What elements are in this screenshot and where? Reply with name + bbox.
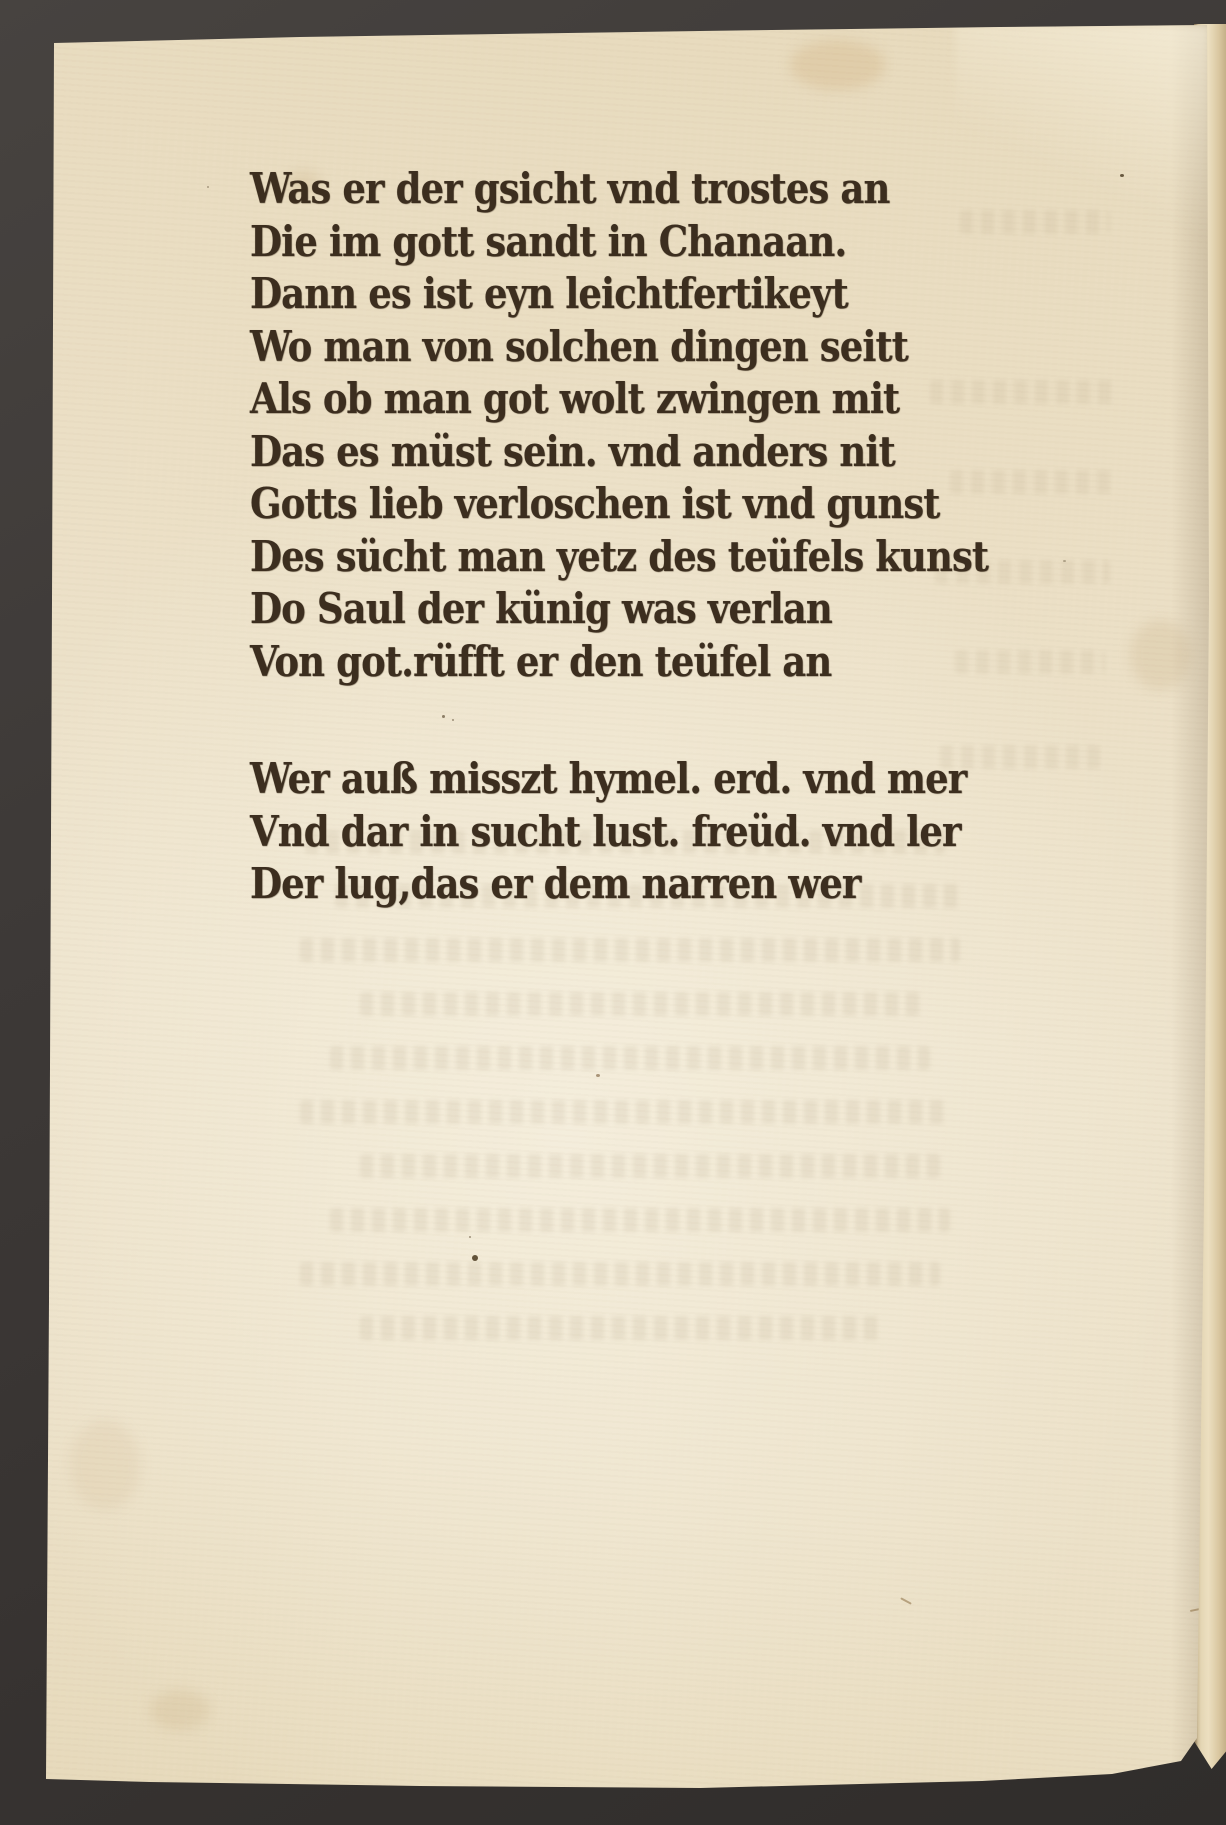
showthrough-line [360,992,920,1016]
poem-stanza-2: Wer auß misszt hymel. erd. vnd merVnd da… [250,753,966,911]
poem-line: Was er der gsicht vnd trostes an [250,163,988,216]
paper-stain [790,40,885,90]
book-page: Was er der gsicht vnd trostes anDie im g… [0,0,1226,1825]
poem-line: Wo man von solchen dingen seitt [250,321,988,374]
poem-line: Dann es ist eyn leichtfertikeyt [250,268,988,321]
paper-stain [70,1420,140,1510]
showthrough-line [330,1046,930,1070]
ink-speck [469,1236,471,1238]
poem-line: Vnd dar in sucht lust. freüd. vnd ler [250,806,966,859]
ink-speck [362,187,364,189]
paper-stain [1130,620,1190,690]
showthrough-line [300,1262,940,1286]
ink-speck [207,186,209,188]
ink-speck [472,1255,478,1261]
showthrough-line [360,1154,940,1178]
showthrough-line [360,1316,880,1340]
poem-line: Do Saul der künig was verlan [250,583,988,636]
book-scan: Was er der gsicht vnd trostes anDie im g… [0,0,1226,1825]
paper-stain [150,1690,210,1730]
showthrough-line [330,1208,950,1232]
poem-line: Des sücht man yetz des teüfels kunst [250,531,988,584]
showthrough-line [300,1100,950,1124]
showthrough-line [300,938,960,962]
ink-speck [596,1074,600,1077]
poem-line: Die im gott sandt in Chanaan. [250,216,988,269]
poem-line: Gotts lieb verloschen ist vnd gunst [250,478,988,531]
poem-line: Von got.rüfft er den teüfel an [250,636,988,689]
poem-stanza-1: Was er der gsicht vnd trostes anDie im g… [250,163,988,688]
ink-speck [1063,560,1066,562]
poem-line: Als ob man got wolt zwingen mit [250,373,988,426]
poem-line: Das es müst sein. vnd anders nit [250,426,988,479]
ink-speck [452,719,454,721]
ink-speck [442,715,445,718]
poem-line: Der lug,das er dem narren wer [250,858,966,911]
ink-speck [1120,174,1124,177]
poem-line: Wer auß misszt hymel. erd. vnd mer [250,753,966,806]
